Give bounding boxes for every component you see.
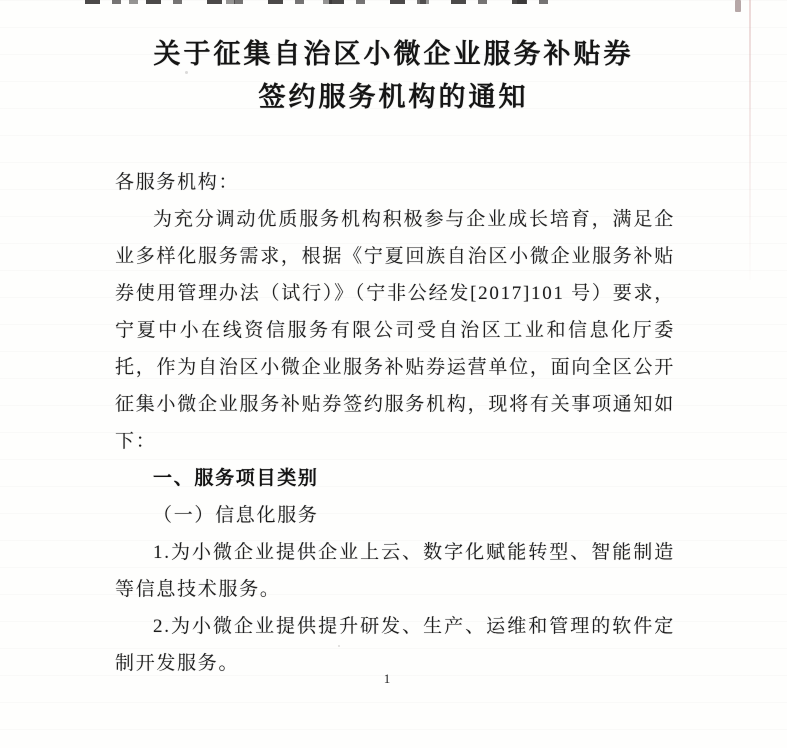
title-line-2: 签约服务机构的通知 — [0, 76, 787, 119]
section-heading-1: 一、服务项目类别 — [115, 460, 675, 497]
subsection-heading-1-1: （一）信息化服务 — [115, 497, 675, 534]
salutation: 各服务机构： — [115, 164, 675, 201]
intro-paragraph: 为充分调动优质服务机构积极参与企业成长培育，满足企业多样化服务需求，根据《宁夏回… — [115, 201, 675, 460]
scan-artifact-corner-mark — [735, 0, 741, 12]
page-number: 1 — [0, 671, 774, 687]
page-title: 关于征集自治区小微企业服务补贴券 签约服务机构的通知 — [0, 33, 787, 119]
title-line-1: 关于征集自治区小微企业服务补贴券 — [0, 33, 787, 76]
document-page: 关于征集自治区小微企业服务补贴券 签约服务机构的通知 各服务机构： 为充分调动优… — [0, 0, 787, 748]
document-body: 各服务机构： 为充分调动优质服务机构积极参与企业成长培育，满足企业多样化服务需求… — [115, 164, 675, 682]
scan-artifact-top-dashes — [85, 0, 563, 4]
list-item-1: 1.为小微企业提供企业上云、数字化赋能转型、智能制造等信息技术服务。 — [115, 534, 675, 608]
